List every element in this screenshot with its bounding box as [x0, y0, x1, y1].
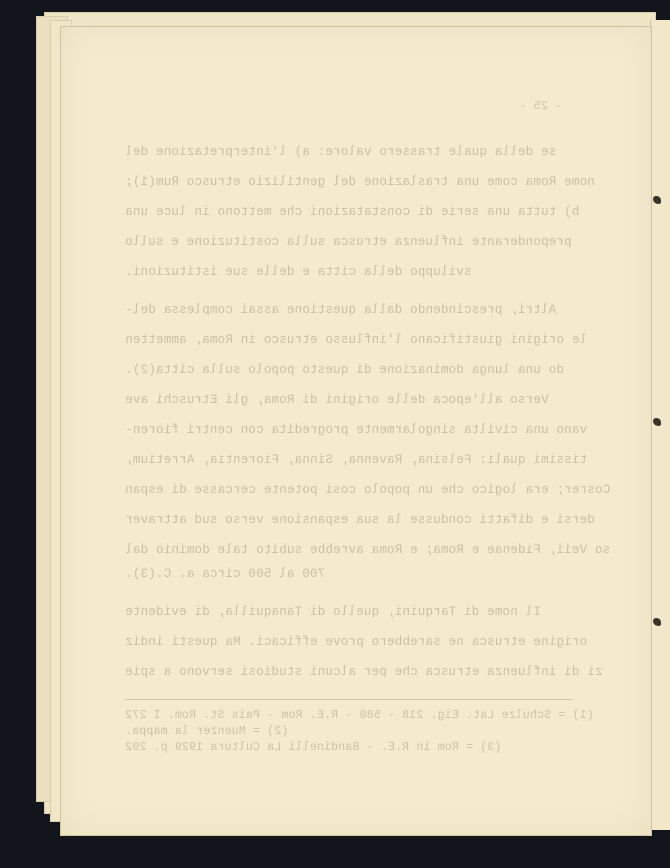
body-line: 700 al 500 circa a. C.(3). [61, 567, 651, 581]
footnote: (1) = Schulze Lat. Eig. 218 - 580 - R.E.… [61, 709, 651, 723]
page-number: - 25 - [61, 99, 651, 113]
body-line: sviluppo della citta e delle sue istituz… [61, 265, 651, 279]
binding-mark [653, 618, 661, 626]
footnote-divider [125, 699, 573, 700]
body-line: Altri, prescindendo dalla questione assa… [61, 303, 651, 317]
body-line: se della quale trassero valore: a) l'int… [61, 145, 651, 159]
body-line: dersi e difatti condusse la sua espansio… [61, 513, 651, 527]
body-line: vano una civilta singolarmente progredit… [61, 423, 651, 437]
document-page: - 25 - se della quale trassero valore: a… [60, 26, 652, 836]
body-line: preponderante influenza etrusca sulla co… [61, 235, 651, 249]
body-line: Cosrer; era logico che un popolo cosi po… [61, 483, 651, 497]
binding-mark [653, 418, 661, 426]
body-line: origine etrusca ne sarebbero prove effic… [61, 635, 651, 649]
body-line: Verso all'epoca delle origini di Roma, g… [61, 393, 651, 407]
body-line: b) tutta una serie di constatazioni che … [61, 205, 651, 219]
body-line: do una lunga dominazione di questo popol… [61, 363, 651, 377]
body-line: tissimi quali: Felsina, Ravenna, Sinna, … [61, 453, 651, 467]
adjacent-page-edge [650, 20, 670, 830]
binding-mark [653, 196, 661, 204]
body-line: le origini giustificano l'influsso etrus… [61, 333, 651, 347]
footnote: (3) = Rom in R.E. - Bandinelli La Cultur… [61, 741, 651, 755]
body-line: zi di influenza etrusca che per alcuni s… [61, 665, 651, 679]
body-line: nome Roma come una traslazione del genti… [61, 175, 651, 189]
body-line: Il nome di Tarquini, quello di Tanaquill… [61, 605, 651, 619]
body-line: so Veii, Fidenae e Roma; e Roma avrebbe … [61, 543, 651, 557]
footnote: (2) = Muenzer la mappa. [61, 725, 651, 739]
